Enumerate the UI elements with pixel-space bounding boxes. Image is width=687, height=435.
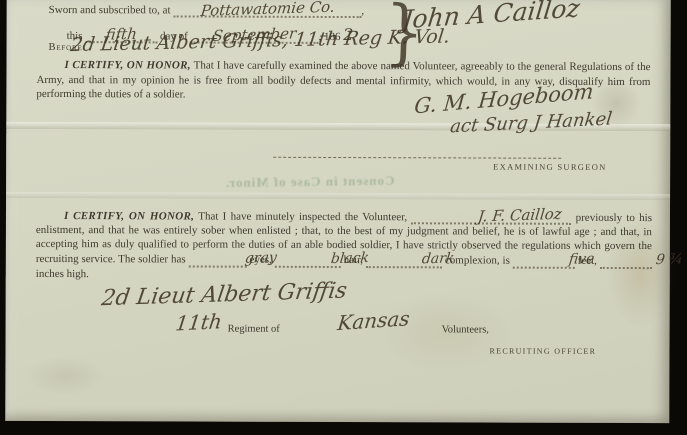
witness-signature: John A Cailloz (401, 0, 581, 34)
feet-value: five (540, 255, 595, 266)
place-blank: Pottawatomie Co. (173, 4, 361, 18)
complexion-value: dark (394, 254, 455, 265)
complexion-blank: dark (366, 255, 442, 268)
signature-rule (273, 157, 561, 159)
sworn-line: Sworn and subscribed to, at Pottawatomie… (49, 4, 364, 18)
regiment-label: Regiment of (228, 324, 280, 335)
inches-label: inches high. (36, 268, 89, 280)
bleed-through-text: Consent in Case of Minor. (225, 173, 395, 191)
volunteer-name-value: J. F. Cailloz (449, 210, 562, 223)
hair-value: black (302, 254, 369, 265)
place-value: Pottawatomie Co. (200, 3, 335, 16)
recruiting-officer-label: RECRUITING OFFICER (489, 347, 596, 356)
complexion-label: complexion, is (445, 254, 510, 266)
officer-signature: 2d Lieut Albert Griffis (100, 278, 349, 311)
examining-surgeon-label: EXAMINING SURGEON (493, 162, 607, 172)
certify-lead: I CERTIFY, ON HONOR, (64, 59, 190, 71)
recruit-certificate-paragraph: I CERTIFY, ON HONOR, That I have minutel… (36, 209, 652, 283)
eyes-blank: gray (189, 254, 247, 267)
paper-crease (6, 192, 670, 200)
regiment-state-value: Kansas (336, 306, 411, 335)
sworn-prefix: Sworn and subscribed to, at (49, 4, 171, 16)
feet-blank: five (513, 255, 575, 268)
regiment-number-value: 11th (174, 309, 223, 335)
paper-stain (25, 356, 105, 396)
soldier-has-label: The soldier has (118, 253, 186, 265)
inches-blank: 9 ¾ (600, 256, 652, 269)
volunteers-label: Volunteers, (442, 324, 489, 335)
eyes-value: gray (216, 253, 277, 264)
document-page: Sworn and subscribed to, at Pottawatomie… (5, 0, 670, 423)
hair-blank: black (275, 254, 341, 267)
sworn-suffix: , (361, 5, 364, 17)
certify-body1: That I have minutely inspected the Volun… (198, 211, 407, 224)
certify-lead-2: I CERTIFY, ON HONOR, (64, 210, 194, 222)
inches-value: 9 ¾ (627, 255, 683, 266)
volunteer-name-blank: J. F. Cailloz (411, 211, 571, 225)
